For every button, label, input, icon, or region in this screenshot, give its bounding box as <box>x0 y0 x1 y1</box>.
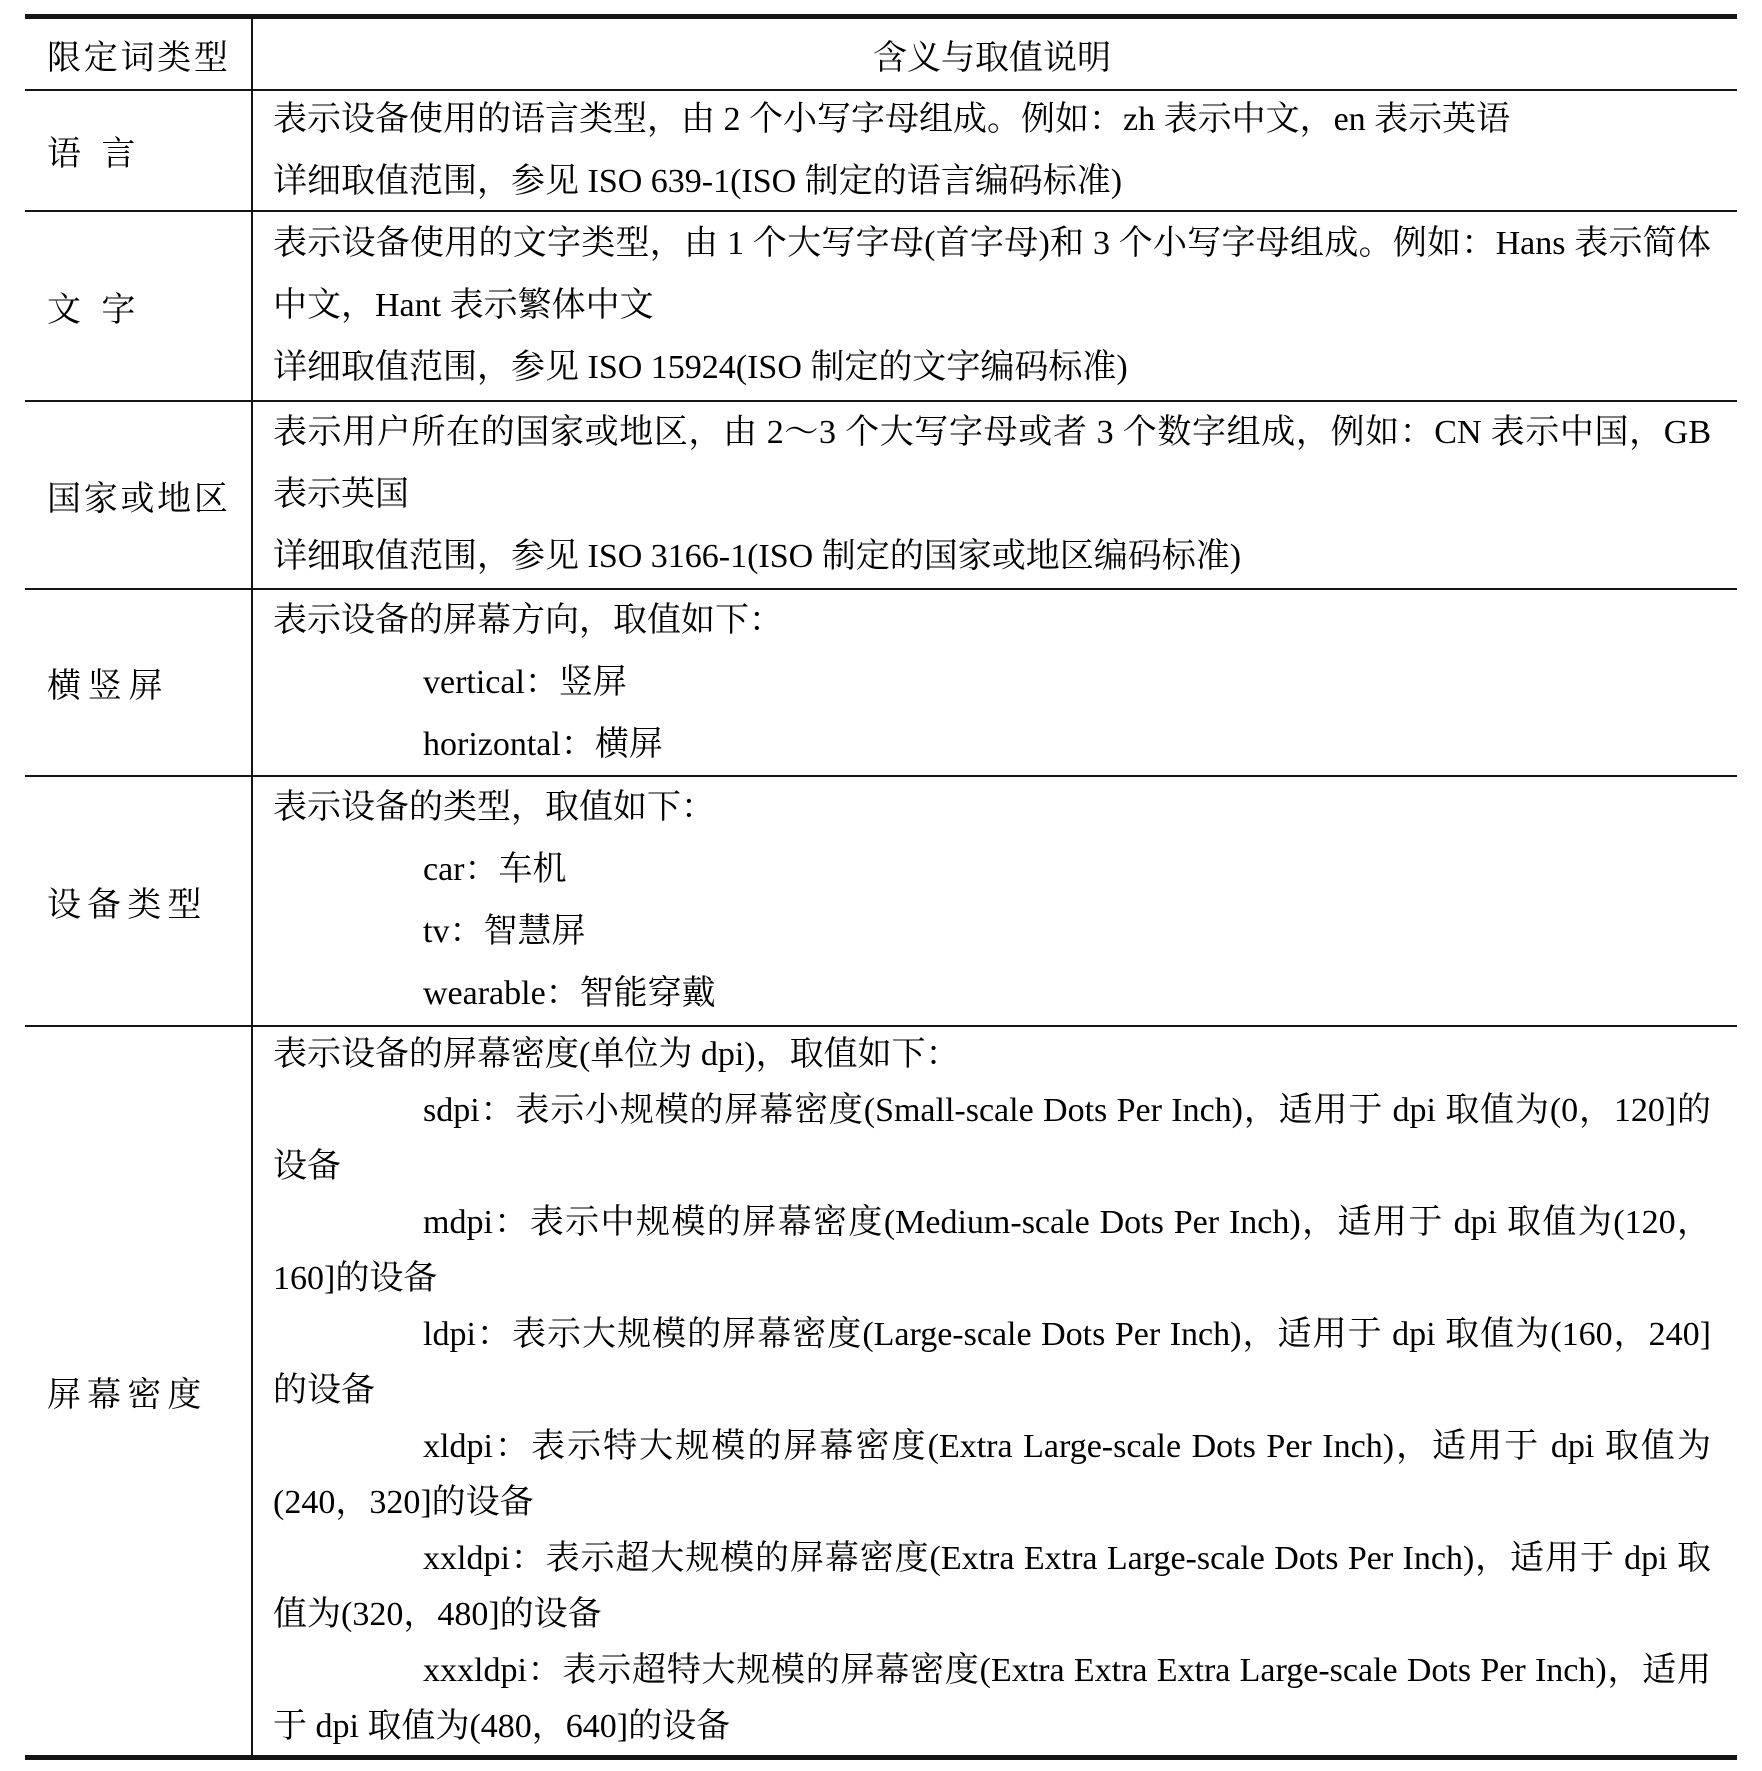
row-label-cell: 设备类型 <box>25 777 253 1025</box>
orientation-item-vertical: vertical：竖屏 <box>273 652 1711 714</box>
row-content-language: 表示设备使用的语言类型，由 2 个小写字母组成。例如：zh 表示中文，en 表示… <box>253 91 1737 210</box>
paragraph-script-definition: 表示设备使用的文字类型，由 1 个大写字母(首字母)和 3 个小写字母组成。例如… <box>273 213 1711 337</box>
paragraph-orientation-definition: 表示设备的屏幕方向，取值如下： <box>273 590 1711 652</box>
density-item-sdpi: sdpi：表示小规模的屏幕密度(Small-scale Dots Per Inc… <box>273 1083 1711 1195</box>
paragraph-region-definition: 表示用户所在的国家或地区，由 2～3 个大写字母或者 3 个数字组成，例如：CN… <box>273 402 1711 526</box>
density-item-xxxldpi: xxxldpi：表示超特大规模的屏幕密度(Extra Extra Extra L… <box>273 1643 1711 1755</box>
row-label-script: 文字 <box>47 282 156 331</box>
row-label-orientation: 横竖屏 <box>47 658 169 707</box>
row-label-cell: 语言 <box>25 91 253 210</box>
device-item-car: car：车机 <box>273 839 1711 901</box>
paragraph-script-standard: 详细取值范围，参见 ISO 15924(ISO 制定的文字编码标准) <box>273 337 1711 399</box>
row-label-region: 国家或地区 <box>47 471 231 520</box>
table-row-screen-density: 屏幕密度 表示设备的屏幕密度(单位为 dpi)，取值如下： sdpi：表示小规模… <box>25 1027 1737 1755</box>
paragraph-language-definition: 表示设备使用的语言类型，由 2 个小写字母组成。例如：zh 表示中文，en 表示… <box>273 89 1711 151</box>
header-label-qualifier-type: 限定词类型 <box>47 30 231 79</box>
row-content-device-type: 表示设备的类型，取值如下： car：车机 tv：智慧屏 wearable：智能穿… <box>253 777 1737 1025</box>
row-label-cell: 屏幕密度 <box>25 1027 253 1755</box>
row-content-region: 表示用户所在的国家或地区，由 2～3 个大写字母或者 3 个数字组成，例如：CN… <box>253 402 1737 588</box>
row-label-screen-density: 屏幕密度 <box>47 1367 207 1416</box>
paragraph-language-standard: 详细取值范围，参见 ISO 639-1(ISO 制定的语言编码标准) <box>273 151 1711 213</box>
device-item-wearable: wearable：智能穿戴 <box>273 963 1711 1025</box>
row-label-language: 语言 <box>47 126 156 175</box>
row-label-cell: 国家或地区 <box>25 402 253 588</box>
paragraph-region-standard: 详细取值范围，参见 ISO 3166-1(ISO 制定的国家或地区编码标准) <box>273 526 1711 588</box>
density-item-xldpi: xldpi：表示特大规模的屏幕密度(Extra Large-scale Dots… <box>273 1419 1711 1531</box>
density-item-xxldpi: xxldpi：表示超大规模的屏幕密度(Extra Extra Large-sca… <box>273 1531 1711 1643</box>
table-row-language: 语言 表示设备使用的语言类型，由 2 个小写字母组成。例如：zh 表示中文，en… <box>25 91 1737 212</box>
row-content-screen-density: 表示设备的屏幕密度(单位为 dpi)，取值如下： sdpi：表示小规模的屏幕密度… <box>253 1027 1737 1755</box>
row-label-cell: 文字 <box>25 212 253 400</box>
header-cell-description: 含义与取值说明 <box>253 19 1737 89</box>
qualifier-table: 限定词类型 含义与取值说明 语言 表示设备使用的语言类型，由 2 个小写字母组成… <box>25 14 1737 1760</box>
table-row-script: 文字 表示设备使用的文字类型，由 1 个大写字母(首字母)和 3 个小写字母组成… <box>25 212 1737 402</box>
header-label-description: 含义与取值说明 <box>873 30 1111 79</box>
table-row-region: 国家或地区 表示用户所在的国家或地区，由 2～3 个大写字母或者 3 个数字组成… <box>25 402 1737 590</box>
paragraph-device-type-definition: 表示设备的类型，取值如下： <box>273 777 1711 839</box>
row-content-script: 表示设备使用的文字类型，由 1 个大写字母(首字母)和 3 个小写字母组成。例如… <box>253 212 1737 400</box>
header-cell-qualifier-type: 限定词类型 <box>25 19 253 89</box>
row-label-device-type: 设备类型 <box>47 877 207 926</box>
density-item-ldpi: ldpi：表示大规模的屏幕密度(Large-scale Dots Per Inc… <box>273 1307 1711 1419</box>
row-content-orientation: 表示设备的屏幕方向，取值如下： vertical：竖屏 horizontal：横… <box>253 590 1737 775</box>
table-row-device-type: 设备类型 表示设备的类型，取值如下： car：车机 tv：智慧屏 wearabl… <box>25 777 1737 1027</box>
header-row: 限定词类型 含义与取值说明 <box>25 19 1737 91</box>
orientation-item-horizontal: horizontal：横屏 <box>273 714 1711 776</box>
device-item-tv: tv：智慧屏 <box>273 901 1711 963</box>
paragraph-screen-density-definition: 表示设备的屏幕密度(单位为 dpi)，取值如下： <box>273 1027 1711 1083</box>
table-row-orientation: 横竖屏 表示设备的屏幕方向，取值如下： vertical：竖屏 horizont… <box>25 590 1737 777</box>
row-label-cell: 横竖屏 <box>25 590 253 775</box>
density-item-mdpi: mdpi：表示中规模的屏幕密度(Medium-scale Dots Per In… <box>273 1195 1711 1307</box>
